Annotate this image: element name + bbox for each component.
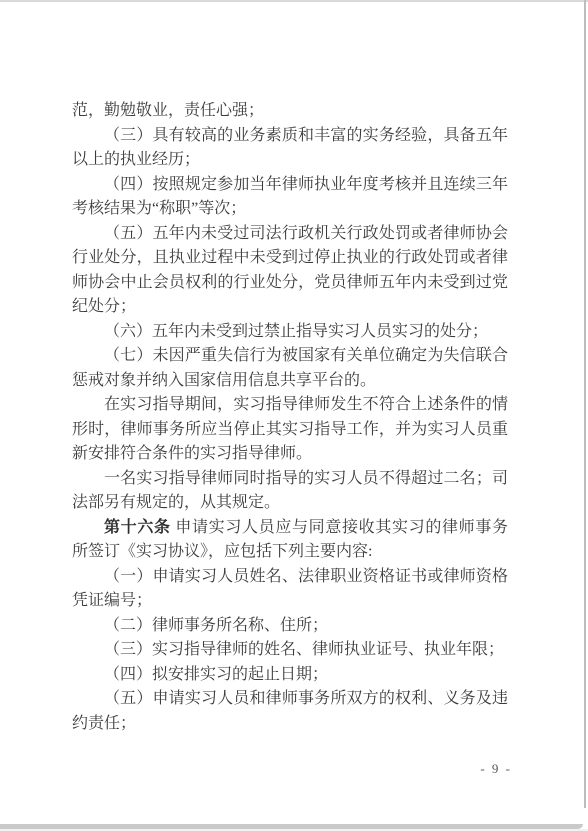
paragraph: （一）申请实习人员姓名、法律职业资格证书或律师资格凭证编号； — [72, 565, 508, 614]
paragraph-text: （一）申请实习人员姓名、法律职业资格证书或律师资格凭证编号； — [72, 568, 508, 610]
paragraph-text: （三）具有较高的业务素质和丰富的实务经验，具备五年以上的执业经历； — [72, 127, 508, 169]
page-number: - 9 - — [480, 761, 512, 777]
paragraph-article-16: 第十六条 申请实习人员应与同意接收其实习的律师事务所签订《实习协议》，应包括下列… — [72, 516, 508, 565]
paragraph-text: （三）实习指导律师的姓名、律师执业证号、执业年限； — [104, 641, 504, 658]
paragraph-text: （四）按照规定参加当年律师执业年度考核并且连续三年考核结果为“称职”等次； — [72, 176, 508, 218]
paragraph: （三）实习指导律师的姓名、律师执业证号、执业年限； — [72, 638, 508, 663]
paragraph: 一名实习指导律师同时指导的实习人员不得超过二名；司法部另有规定的，从其规定。 — [72, 467, 508, 516]
paragraph: （四）按照规定参加当年律师执业年度考核并且连续三年考核结果为“称职”等次； — [72, 173, 508, 222]
paragraph: （五）申请实习人员和律师事务所双方的权利、义务及违约责任； — [72, 687, 508, 736]
document-page: 范，勤勉敬业，责任心强； （三）具有较高的业务素质和丰富的实务经验，具备五年以上… — [0, 0, 588, 831]
paragraph: （五）五年内未受过司法行政机关行政处罚或者律师协会行业处分，且执业过程中未受到过… — [72, 222, 508, 320]
paragraph-text: （四）拟安排实习的起止日期； — [104, 666, 328, 683]
paragraph-text: （六）五年内未受到过禁止指导实习人员实习的处分； — [104, 323, 488, 340]
paragraph-text: （七）未因严重失信行为被国家有关单位确定为失信联合惩戒对象并纳入国家信用信息共享… — [72, 347, 508, 389]
paragraph-text: 范，勤勉敬业，责任心强； — [72, 102, 264, 119]
paragraph: （四）拟安排实习的起止日期； — [72, 663, 508, 688]
article-number: 第十六条 — [104, 519, 171, 536]
paragraph: （三）具有较高的业务素质和丰富的实务经验，具备五年以上的执业经历； — [72, 124, 508, 173]
page-edge-right — [584, 0, 586, 808]
paragraph: （六）五年内未受到过禁止指导实习人员实习的处分； — [72, 320, 508, 345]
paragraph: （七）未因严重失信行为被国家有关单位确定为失信联合惩戒对象并纳入国家信用信息共享… — [72, 344, 508, 393]
paragraph-text: （五）申请实习人员和律师事务所双方的权利、义务及违约责任； — [72, 690, 508, 732]
paragraph-text: （五）五年内未受过司法行政机关行政处罚或者律师协会行业处分，且执业过程中未受到过… — [72, 225, 508, 316]
paragraph: （二）律师事务所名称、住所； — [72, 614, 508, 639]
paragraph: 范，勤勉敬业，责任心强； — [72, 99, 508, 124]
paragraph: 在实习指导期间，实习指导律师发生不符合上述条件的情形时，律师事务所应当停止其实习… — [72, 393, 508, 467]
paragraph-text: 一名实习指导律师同时指导的实习人员不得超过二名；司法部另有规定的，从其规定。 — [72, 470, 508, 512]
document-body: 范，勤勉敬业，责任心强； （三）具有较高的业务素质和丰富的实务经验，具备五年以上… — [72, 99, 508, 736]
page-edge-top — [0, 0, 588, 2]
paragraph-text: （二）律师事务所名称、住所； — [104, 617, 328, 634]
paragraph-text: 在实习指导期间，实习指导律师发生不符合上述条件的情形时，律师事务所应当停止其实习… — [72, 396, 508, 462]
